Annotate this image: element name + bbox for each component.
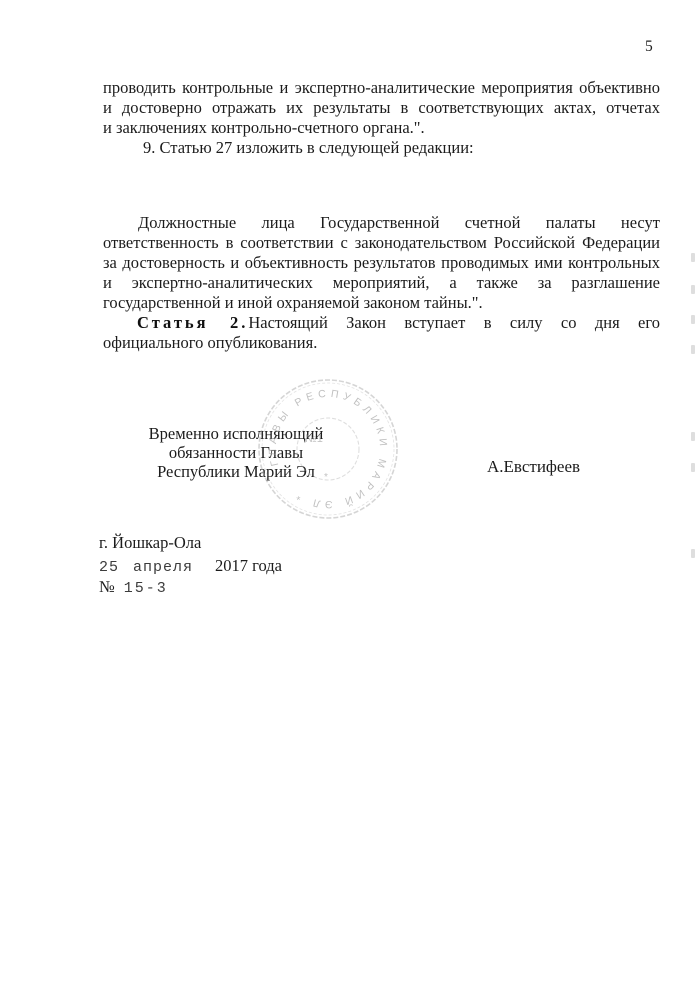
scan-artifact (691, 253, 695, 262)
article-27-heading-line2 (103, 178, 660, 198)
document-body: проводить контрольные и экспертно-аналит… (103, 78, 660, 353)
signing-date: 25апреля2017 года (99, 556, 282, 576)
paragraph-line: проводить контрольные и экспертно-аналит… (103, 78, 660, 98)
scan-artifact (691, 549, 695, 558)
svg-text:ГЛАВЫ РЕСПУБЛИКИ МАРИЙ ЭЛ: ГЛАВЫ РЕСПУБЛИКИ МАРИЙ ЭЛ * (255, 376, 401, 522)
signing-place: г. Йошкар-Ола (99, 533, 201, 553)
paragraph-line: 9. Статью 27 изложить в следующей редакц… (103, 138, 660, 158)
stamp-star: * (324, 472, 328, 483)
paragraph-line: и экспертно-аналитических мероприятий, а… (103, 273, 660, 293)
scan-artifact (691, 285, 695, 294)
article-2-label: Статья 2. (137, 313, 248, 332)
article-2-text: Настоящий Закон вступает в силу со дня е… (248, 313, 660, 332)
paragraph-gap (103, 198, 660, 213)
scan-artifact (691, 463, 695, 472)
article-27-heading (103, 158, 660, 178)
paragraph-line: и заключениях контрольно-счетного органа… (103, 118, 660, 138)
paragraph-line: ответственность в соответствии с законод… (103, 233, 660, 253)
paragraph-line: Должностные лица Государственной счетной… (103, 213, 660, 233)
paragraph-line: за достоверность и объективность результ… (103, 253, 660, 273)
number-sign: № (99, 577, 115, 596)
scan-artifact (691, 432, 695, 441)
stamp-ring-text: ГЛАВЫ РЕСПУБЛИКИ МАРИЙ ЭЛ * (255, 376, 401, 522)
scan-artifact (691, 345, 695, 354)
document-number: №15-3 (99, 577, 168, 597)
number-value: 15-3 (124, 580, 168, 597)
signing-month: апреля (133, 559, 193, 576)
document-page: 5 проводить контрольные и экспертно-анал… (0, 0, 700, 991)
signing-year: 2017 года (215, 556, 282, 575)
stamp-center-text: №1 (305, 433, 323, 445)
paragraph-line: и достоверно отражать их результаты в со… (103, 98, 660, 118)
scan-artifact (691, 315, 695, 324)
article-2-line: Статья 2.Настоящий Закон вступает в силу… (103, 313, 660, 333)
paragraph-line: государственной и иной охраняемой законо… (103, 293, 660, 313)
signing-day: 25 (99, 559, 119, 576)
page-number: 5 (645, 38, 653, 56)
paragraph-line: официального опубликования. (103, 333, 660, 353)
official-seal-stamp: ГЛАВЫ РЕСПУБЛИКИ МАРИЙ ЭЛ * №1 * (255, 376, 401, 522)
signatory-name: А.Евстифеев (487, 457, 580, 477)
